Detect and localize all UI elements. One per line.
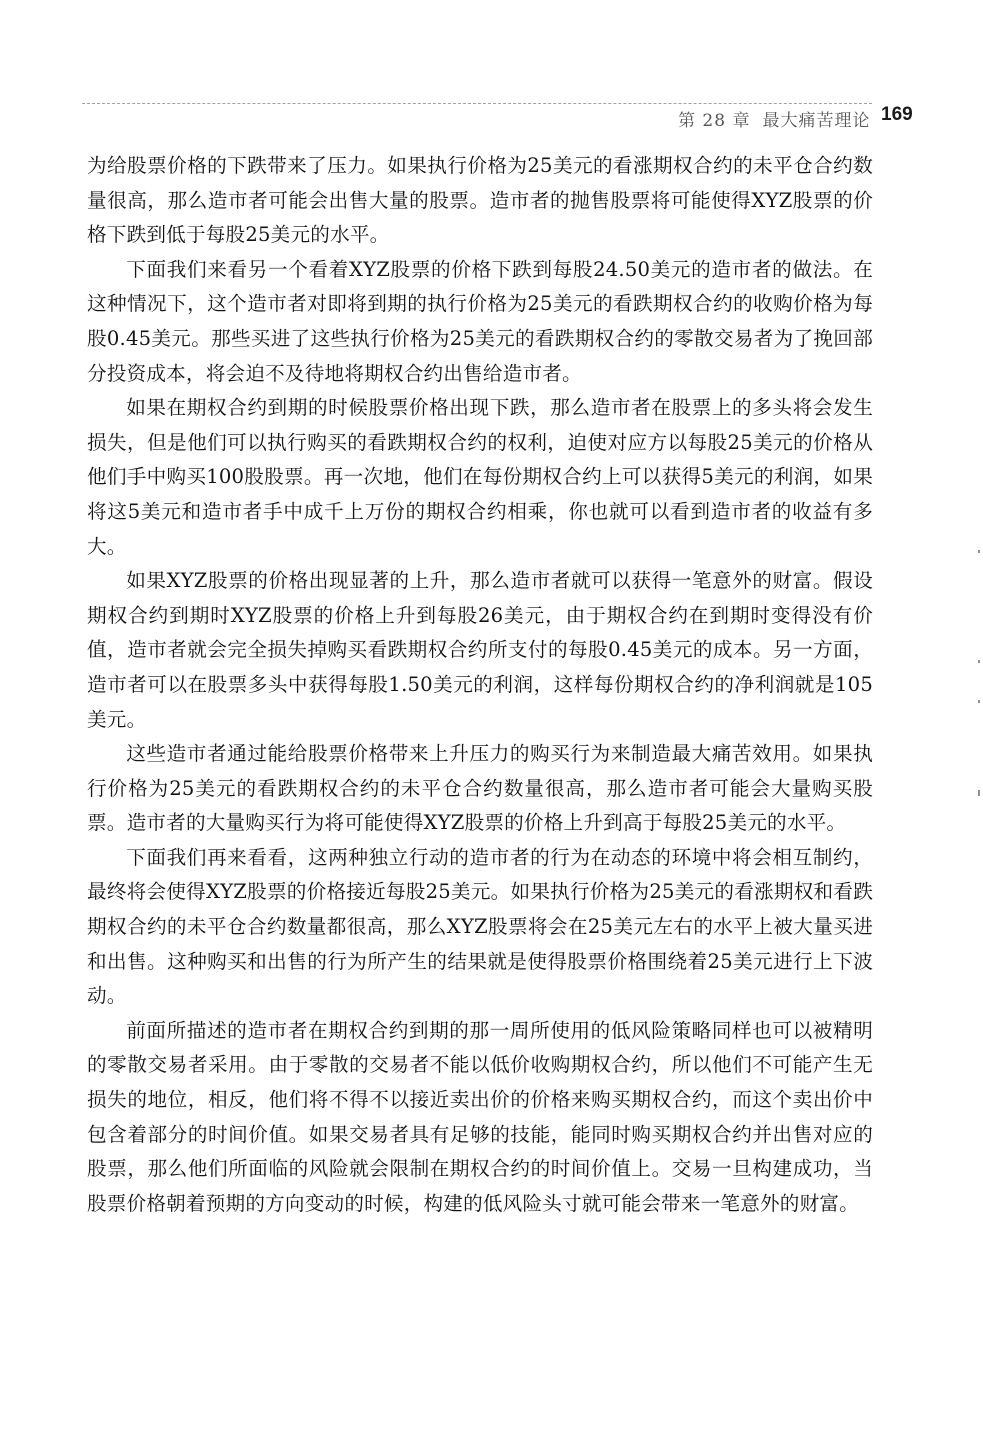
- paragraph-5: 这些造市者通过能给股票价格带来上升压力的购买行为来制造最大痛苦效用。如果执行价格…: [87, 737, 873, 841]
- page-header: 第 28 章最大痛苦理论 169: [82, 96, 920, 124]
- scan-speck: [978, 700, 980, 703]
- paragraph-7: 前面所描述的造市者在期权合约到期的那一周所使用的低风险策略同样也可以被精明的零散…: [87, 1014, 873, 1222]
- paragraph-3: 如果在期权合约到期的时候股票价格出现下跌，那么造市者在股票上的多头将会发生损失，…: [87, 391, 873, 564]
- header-rule: [82, 103, 872, 104]
- scan-margin-specks: [977, 540, 983, 800]
- running-head: 第 28 章最大痛苦理论: [678, 106, 870, 131]
- scan-speck: [978, 550, 980, 553]
- scan-speck: [978, 790, 980, 796]
- scan-speck: [978, 660, 980, 663]
- paragraph-2: 下面我们来看另一个看着XYZ股票的价格下跌到每股24.50美元的造市者的做法。在…: [87, 253, 873, 391]
- paragraph-4: 如果XYZ股票的价格出现显著的上升，那么造市者就可以获得一笔意外的财富。假设期权…: [87, 564, 873, 737]
- page-number: 169: [881, 104, 913, 126]
- body-text: 为给股票价格的下跌带来了压力。如果执行价格为25美元的看涨期权合约的未平仓合约数…: [87, 149, 873, 1221]
- paragraph-1: 为给股票价格的下跌带来了压力。如果执行价格为25美元的看涨期权合约的未平仓合约数…: [87, 149, 873, 253]
- chapter-title: 最大痛苦理论: [762, 111, 870, 131]
- paragraph-6: 下面我们再来看看，这两种独立行动的造市者的行为在动态的环境中将会相互制约，最终将…: [87, 841, 873, 1014]
- chapter-label: 第 28 章: [678, 111, 750, 131]
